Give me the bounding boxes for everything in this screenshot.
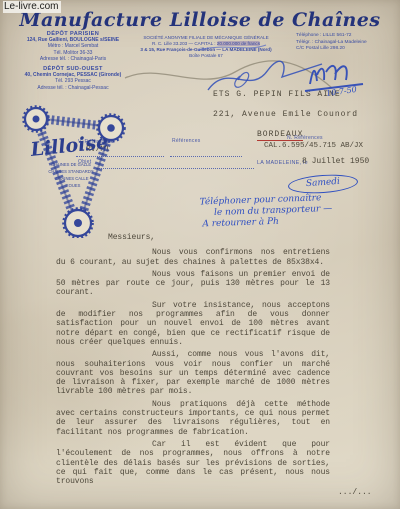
depot-sud-ouest-telegraph: Adresse tél. : Chainagal-Pessac [8,85,138,91]
phone-line: Téléphone : LILLE 561-72 [296,33,396,40]
recipient-street: 221, Avenue Emile Counord [213,105,358,125]
company-capital-amount: 20.000.000 de francs [217,41,260,46]
letter-date: 8 Juillet 1950 [302,157,369,166]
continuation-mark: .../... [338,488,372,497]
letter-document: Le-livre.com Manufacture Lilloise de Cha… [0,0,400,509]
our-reference-label: N. Références [287,135,323,141]
company-rc: R. C. Lille 33.203 — CAPITAL : [152,41,216,46]
logo-product-line: CHAINES DE GALLE [51,162,91,167]
paragraph: Car il est évident que pour l'écoulement… [56,440,330,486]
contact-block: Téléphone : LILLE 561-72 Télégr. : Chain… [296,33,396,53]
our-reference-value: CAL.6.595/45.715 AB/JX [264,142,363,150]
depot-parisien-telegraph: Adresse tél. : Chainagal-Paris [8,56,138,62]
logo-product-line: ROUES [66,183,81,188]
company-po-box: Boîte Postale 67 [140,53,272,59]
letter-body: Messieurs, Nous vous confirmons nos entr… [56,233,330,489]
company-info-block: SOCIÉTÉ ANONYME FILIALE DE MÉCANIQUE GÉN… [140,35,272,59]
pencil-scrawl [125,61,332,88]
mid-reference-label: Références [172,138,201,144]
place-label: LA MADELEINE, le [257,160,308,166]
paragraph: Sur votre insistance, nous acceptons de … [56,301,330,347]
paragraph: Aussi, comme nous vous l'avons dit, nous… [56,350,330,396]
depot-parisien-block: DÉPÔT PARISIEN 124, Rue Gallieni, BOULOG… [8,31,138,91]
watermark: Le-livre.com [3,1,61,13]
logo-product-line: CHAINES CALLE [55,176,88,181]
handwritten-note: Téléphoner pour connaître le nom du tran… [199,191,400,231]
postal-account-line: C/C Postal Lille 298.20 [296,46,396,53]
paragraph: Nous vous confirmons nos entretiens du 6… [56,248,330,267]
paragraph: Nous vous faisons un premier envoi de 50… [56,270,330,298]
logo-product-line: CHAINES STANDARDS [48,169,94,174]
chain-logo: Lilloise CHAINES DE GALLE CHAINES STANDA… [16,100,128,238]
sprocket-icon [24,107,49,132]
paragraph: Nous pratiquons déjà cette méthode avec … [56,400,330,437]
reference-line [170,155,242,157]
salutation: Messieurs, [108,233,330,242]
